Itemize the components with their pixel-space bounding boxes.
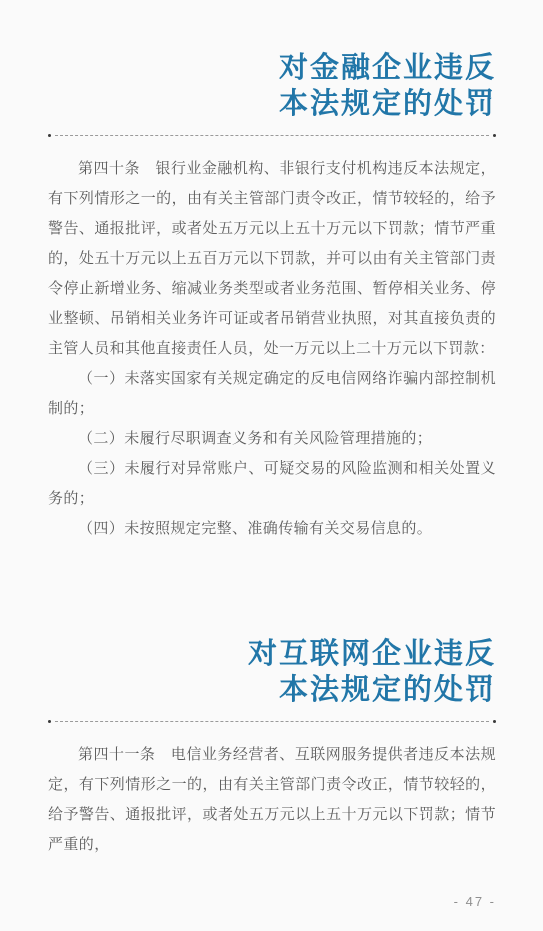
page-number: - 47 - <box>454 894 496 909</box>
divider-dot-left <box>48 720 51 723</box>
article-40-item-1: （一）未落实国家有关规定确定的反电信网络诈骗内部控制机制的； <box>48 364 496 424</box>
article-40-item-4: （四）未按照规定完整、准确传输有关交易信息的。 <box>48 514 496 544</box>
article-41-paragraph: 第四十一条 电信业务经营者、互联网服务提供者违反本法规定，有下列情形之一的，由有… <box>48 740 496 860</box>
section-title-internet: 对互联网企业违反 本法规定的处罚 <box>48 636 496 708</box>
section-title-line1: 对互联网企业违反 <box>48 636 496 672</box>
section-internet-penalties: 对互联网企业违反 本法规定的处罚 第四十一条 电信业务经营者、互联网服务提供者违… <box>48 636 496 860</box>
dashed-divider <box>48 134 496 137</box>
section-title-line2: 本法规定的处罚 <box>48 672 496 708</box>
article-40-item-3: （三）未履行对异常账户、可疑交易的风险监测和相关处置义务的； <box>48 454 496 514</box>
divider-dot-right <box>493 134 496 137</box>
divider-dot-left <box>48 134 51 137</box>
divider-dot-right <box>493 720 496 723</box>
divider-dash-line <box>55 135 489 136</box>
dashed-divider <box>48 720 496 723</box>
section-financial-penalties: 对金融企业违反 本法规定的处罚 第四十条 银行业金融机构、非银行支付机构违反本法… <box>48 50 496 544</box>
article-40-item-2: （二）未履行尽职调查义务和有关风险管理措施的； <box>48 424 496 454</box>
section-title-line1: 对金融企业违反 <box>48 50 496 86</box>
section-title-financial: 对金融企业违反 本法规定的处罚 <box>48 50 496 122</box>
article-40-paragraph: 第四十条 银行业金融机构、非银行支付机构违反本法规定，有下列情形之一的，由有关主… <box>48 154 496 364</box>
section-title-line2: 本法规定的处罚 <box>48 86 496 122</box>
document-page: 对金融企业违反 本法规定的处罚 第四十条 银行业金融机构、非银行支付机构违反本法… <box>0 0 543 931</box>
divider-dash-line <box>55 721 489 722</box>
